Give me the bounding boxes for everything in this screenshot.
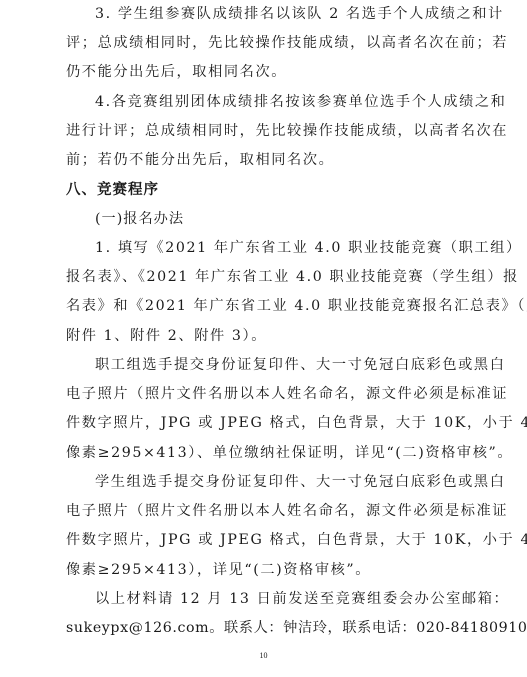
paragraph-text: 学生组选手提交身份证复印件、大一寸免冠白底彩色或黑白 电子照片（照片文件名册以本…	[66, 468, 466, 585]
text-line: 电子照片（照片文件名册以本人姓名命名，源文件必须是标准证	[66, 380, 466, 409]
paragraph-rule-3: 3. 学生组参赛队成绩排名以该队 2 名选手个人成绩之和计 评；总成绩相同时，先…	[66, 0, 466, 88]
text-line: 1. 填写《2021 年广东省工业 4.0 职业技能竞赛（职工组）	[66, 234, 466, 263]
text-line: 像素≥295×413）、单位缴纳社保证明，详见“(二)资格审核”。	[66, 439, 466, 468]
text-line: 前；若仍不能分出先后，取相同名次。	[66, 146, 466, 175]
paragraph-text: 职工组选手提交身份证复印件、大一寸免冠白底彩色或黑白 电子照片（照片文件名册以本…	[66, 351, 466, 468]
page-number: 10	[0, 651, 527, 660]
paragraph-worker-group: 职工组选手提交身份证复印件、大一寸免冠白底彩色或黑白 电子照片（照片文件名册以本…	[66, 351, 466, 468]
section-heading-block: 八、竞赛程序	[66, 176, 466, 205]
paragraph-text: 以上材料请 12 月 13 日前发送至竞赛组委会办公室邮箱： sukeypx@1…	[66, 585, 466, 643]
paragraph-text: 4.各竞赛组别团体成绩排名按该参赛单位选手个人成绩之和 进行计评；总成绩相同时，…	[66, 88, 466, 176]
text-line: 职工组选手提交身份证复印件、大一寸免冠白底彩色或黑白	[66, 351, 466, 380]
text-line: sukeypx@126.com。联系人：钟洁玲，联系电话：020-8418091…	[66, 614, 466, 643]
section-heading: 八、竞赛程序	[66, 176, 466, 205]
paragraph-submission: 以上材料请 12 月 13 日前发送至竞赛组委会办公室邮箱： sukeypx@1…	[66, 585, 466, 643]
text-line: 件数字照片，JPG 或 JPEG 格式，白色背景，大于 10K，小于 40K，	[66, 409, 466, 438]
text-line: 学生组选手提交身份证复印件、大一寸免冠白底彩色或黑白	[66, 468, 466, 497]
text-line: 附件 1、附件 2、附件 3）。	[66, 322, 466, 351]
text-line: 仍不能分出先后，取相同名次。	[66, 58, 466, 87]
paragraph-text: 3. 学生组参赛队成绩排名以该队 2 名选手个人成绩之和计 评；总成绩相同时，先…	[66, 0, 466, 88]
text-line: 评；总成绩相同时，先比较操作技能成绩，以高者名次在前；若	[66, 29, 466, 58]
text-line: 名表》和《2021 年广东省工业 4.0 职业技能竞赛报名汇总表》（见	[66, 292, 466, 321]
text-line: 电子照片（照片文件名册以本人姓名命名，源文件必须是标准证	[66, 497, 466, 526]
subsection-heading-block: (一)报名办法	[66, 205, 466, 234]
paragraph-text: 1. 填写《2021 年广东省工业 4.0 职业技能竞赛（职工组） 报名表》、《…	[66, 234, 466, 351]
text-line: 件数字照片，JPG 或 JPEG 格式，白色背景，大于 10K，小于 40K，	[66, 526, 466, 555]
subsection-heading: (一)报名办法	[66, 205, 466, 234]
paragraph-rule-4: 4.各竞赛组别团体成绩排名按该参赛单位选手个人成绩之和 进行计评；总成绩相同时，…	[66, 88, 466, 176]
paragraph-item-1: 1. 填写《2021 年广东省工业 4.0 职业技能竞赛（职工组） 报名表》、《…	[66, 234, 466, 351]
paragraph-student-group: 学生组选手提交身份证复印件、大一寸免冠白底彩色或黑白 电子照片（照片文件名册以本…	[66, 468, 466, 585]
text-line: 进行计评；总成绩相同时，先比较操作技能成绩，以高者名次在	[66, 117, 466, 146]
text-line: 报名表》、《2021 年广东省工业 4.0 职业技能竞赛（学生组）报	[66, 263, 466, 292]
text-line: 以上材料请 12 月 13 日前发送至竞赛组委会办公室邮箱：	[66, 585, 466, 614]
text-line: 像素≥295×413），详见“(二)资格审核”。	[66, 556, 466, 585]
text-line: 3. 学生组参赛队成绩排名以该队 2 名选手个人成绩之和计	[66, 0, 466, 29]
text-line: 4.各竞赛组别团体成绩排名按该参赛单位选手个人成绩之和	[66, 88, 466, 117]
